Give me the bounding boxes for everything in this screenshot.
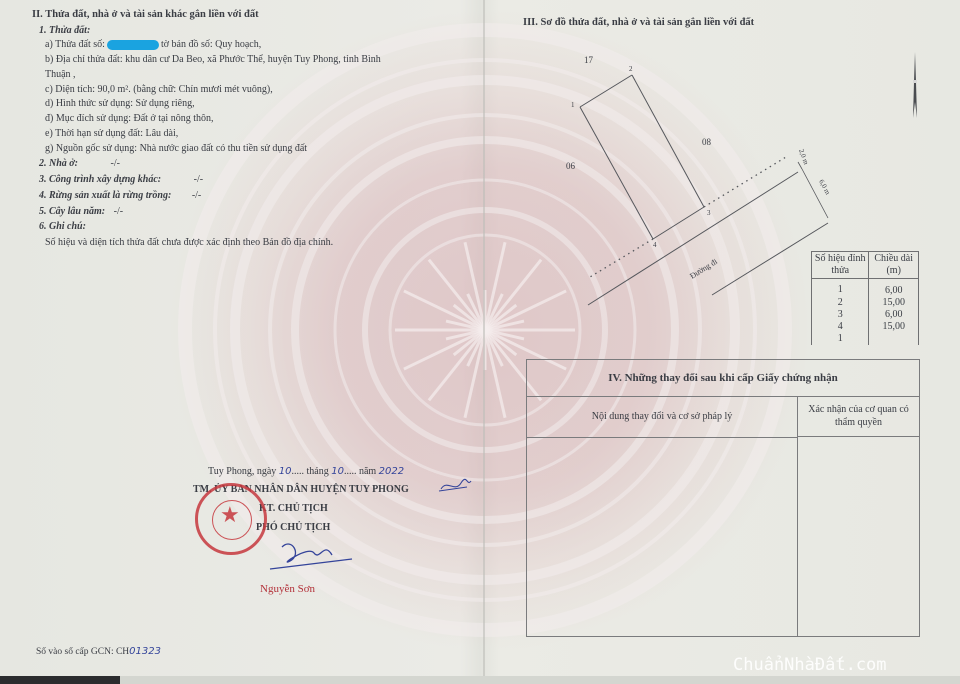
vertex-2-label: 2 xyxy=(629,65,633,73)
day-handwritten: 10 xyxy=(279,466,292,477)
planted-forest-line: 4. Rừng sản xuất là rừng trồng: -/- xyxy=(39,190,201,202)
usage-purpose-line: đ) Mục đích sử dụng: Đất ở tại nông thôn… xyxy=(45,113,213,125)
registry-label: Số vào sổ cấp GCN: CH xyxy=(36,647,129,657)
header-authority-confirmation: Xác nhận của cơ quan có thẩm quyền xyxy=(798,397,919,437)
notes-text: Số hiệu và diện tích thửa đất chưa được … xyxy=(45,237,333,249)
address-line-2: Thuận , xyxy=(45,69,76,81)
land-plot-heading: 1. Thửa đất: xyxy=(39,25,90,37)
section-iv-title: IV. Những thay đổi sau khi cấp Giấy chứn… xyxy=(527,360,919,397)
neighbor-parcel-08: 08 xyxy=(702,137,712,147)
perennial-trees-label: 5. Cây lâu năm: xyxy=(39,206,105,217)
vertex-cell: 4 xyxy=(812,321,869,333)
table-row: 1 xyxy=(812,333,919,345)
page-fold xyxy=(483,0,485,684)
vertex-length-table: Số hiệu đỉnh thửa Chiều dài (m) 16,00 21… xyxy=(811,251,919,345)
house-line: 2. Nhà ở: -/- xyxy=(39,158,120,170)
header-change-content: Nội dung thay đổi và cơ sở pháp lý xyxy=(527,397,797,438)
month-handwritten: 10 xyxy=(331,466,344,477)
vertex-4-label: 4 xyxy=(653,241,657,249)
section-ii-title: II. Thửa đất, nhà ở và tài sản khác gắn … xyxy=(32,9,259,21)
map-sheet-label: tờ bản đồ số: Quy hoạch, xyxy=(161,39,261,50)
plot-number-label: a) Thửa đất số: xyxy=(45,39,105,50)
vertex-1-label: 1 xyxy=(571,101,575,109)
table-row: 215,00 xyxy=(812,297,919,309)
changes-after-issuance-table: IV. Những thay đổi sau khi cấp Giấy chứn… xyxy=(526,359,920,637)
length-cell: 6,00 xyxy=(869,279,919,298)
registry-number-handwritten: 01323 xyxy=(129,646,161,657)
year-label: năm xyxy=(359,466,376,477)
neighbor-parcel-06: 06 xyxy=(566,161,576,171)
official-red-seal: ★ xyxy=(195,483,267,555)
initials-scribble xyxy=(437,475,473,495)
usage-origin-line: g) Nguồn gốc sử dụng: Nhà nước giao đất … xyxy=(45,143,307,155)
vertex-cell: 2 xyxy=(812,297,869,309)
table-row: 36,00 xyxy=(812,309,919,321)
header-vertex-number: Số hiệu đỉnh thửa xyxy=(812,252,869,279)
vice-chairman-title: PHÓ CHỦ TỊCH xyxy=(256,522,330,534)
website-watermark: ChuẩnNhàĐất.com xyxy=(733,655,887,675)
place-date-line: Tuy Phong, ngày 10..... tháng 10..... nă… xyxy=(208,466,404,478)
notes-label: 6. Ghi chú: xyxy=(39,221,86,233)
other-construction-line: 3. Công trình xây dựng khác: -/- xyxy=(39,174,203,186)
usage-form-line: d) Hình thức sử dụng: Sử dụng riêng, xyxy=(45,98,195,110)
table-row: 16,00 xyxy=(812,279,919,298)
vertex-cell: 3 xyxy=(812,309,869,321)
seal-star-icon: ★ xyxy=(220,504,240,526)
place-date-prefix: Tuy Phong, ngày xyxy=(208,466,276,477)
dimension-6m: 6,0 m xyxy=(817,178,832,196)
table-row: 415,00 xyxy=(812,321,919,333)
area-line: c) Diện tích: 90,0 m². (bằng chữ: Chín m… xyxy=(45,84,273,96)
house-label: 2. Nhà ở: xyxy=(39,158,78,169)
length-cell: 15,00 xyxy=(869,297,919,309)
length-cell: 6,00 xyxy=(869,309,919,321)
house-value: -/- xyxy=(110,158,119,169)
year-handwritten: 2022 xyxy=(379,466,404,477)
registry-number-line: Số vào sổ cấp GCN: CH01323 xyxy=(36,646,161,658)
address-line-1: b) Địa chỉ thửa đất: khu dân cư Da Beo, … xyxy=(45,54,381,66)
neighbor-parcel-17: 17 xyxy=(584,55,594,65)
length-cell xyxy=(869,333,919,345)
header-length: Chiều dài (m) xyxy=(869,252,919,279)
column-divider xyxy=(797,397,798,636)
length-cell: 15,00 xyxy=(869,321,919,333)
section-iii-title: III. Sơ đồ thửa đất, nhà ở và tài sản gắ… xyxy=(523,17,754,29)
binder-pin-icon xyxy=(912,52,918,118)
land-plot-diagram: 17 08 06 1 2 3 4 Đường đi 2,0 m 6,0 m xyxy=(540,45,840,310)
perennial-trees-value: -/- xyxy=(114,206,123,217)
redacted-plot-number xyxy=(107,40,159,50)
usage-term-line: e) Thời hạn sử dụng đất: Lâu dài, xyxy=(45,128,178,140)
bottom-edge xyxy=(0,676,960,684)
other-construction-value: -/- xyxy=(194,174,203,185)
perennial-trees-line: 5. Cây lâu năm: -/- xyxy=(39,206,123,218)
month-label: tháng xyxy=(307,466,329,477)
signature-scribble xyxy=(262,535,362,575)
other-construction-label: 3. Công trình xây dựng khác: xyxy=(39,174,161,185)
plot-number-line: a) Thửa đất số:tờ bản đồ số: Quy hoạch, xyxy=(45,39,261,51)
planted-forest-value: -/- xyxy=(192,190,201,201)
on-behalf-of-chairman: KT. CHỦ TỊCH xyxy=(259,503,328,515)
signer-name: Nguyễn Sơn xyxy=(260,583,315,595)
vertex-cell: 1 xyxy=(812,279,869,298)
vertex-cell: 1 xyxy=(812,333,869,345)
planted-forest-label: 4. Rừng sản xuất là rừng trồng: xyxy=(39,190,171,201)
vertex-3-label: 3 xyxy=(707,209,711,217)
road-label: Đường đi xyxy=(688,256,719,280)
